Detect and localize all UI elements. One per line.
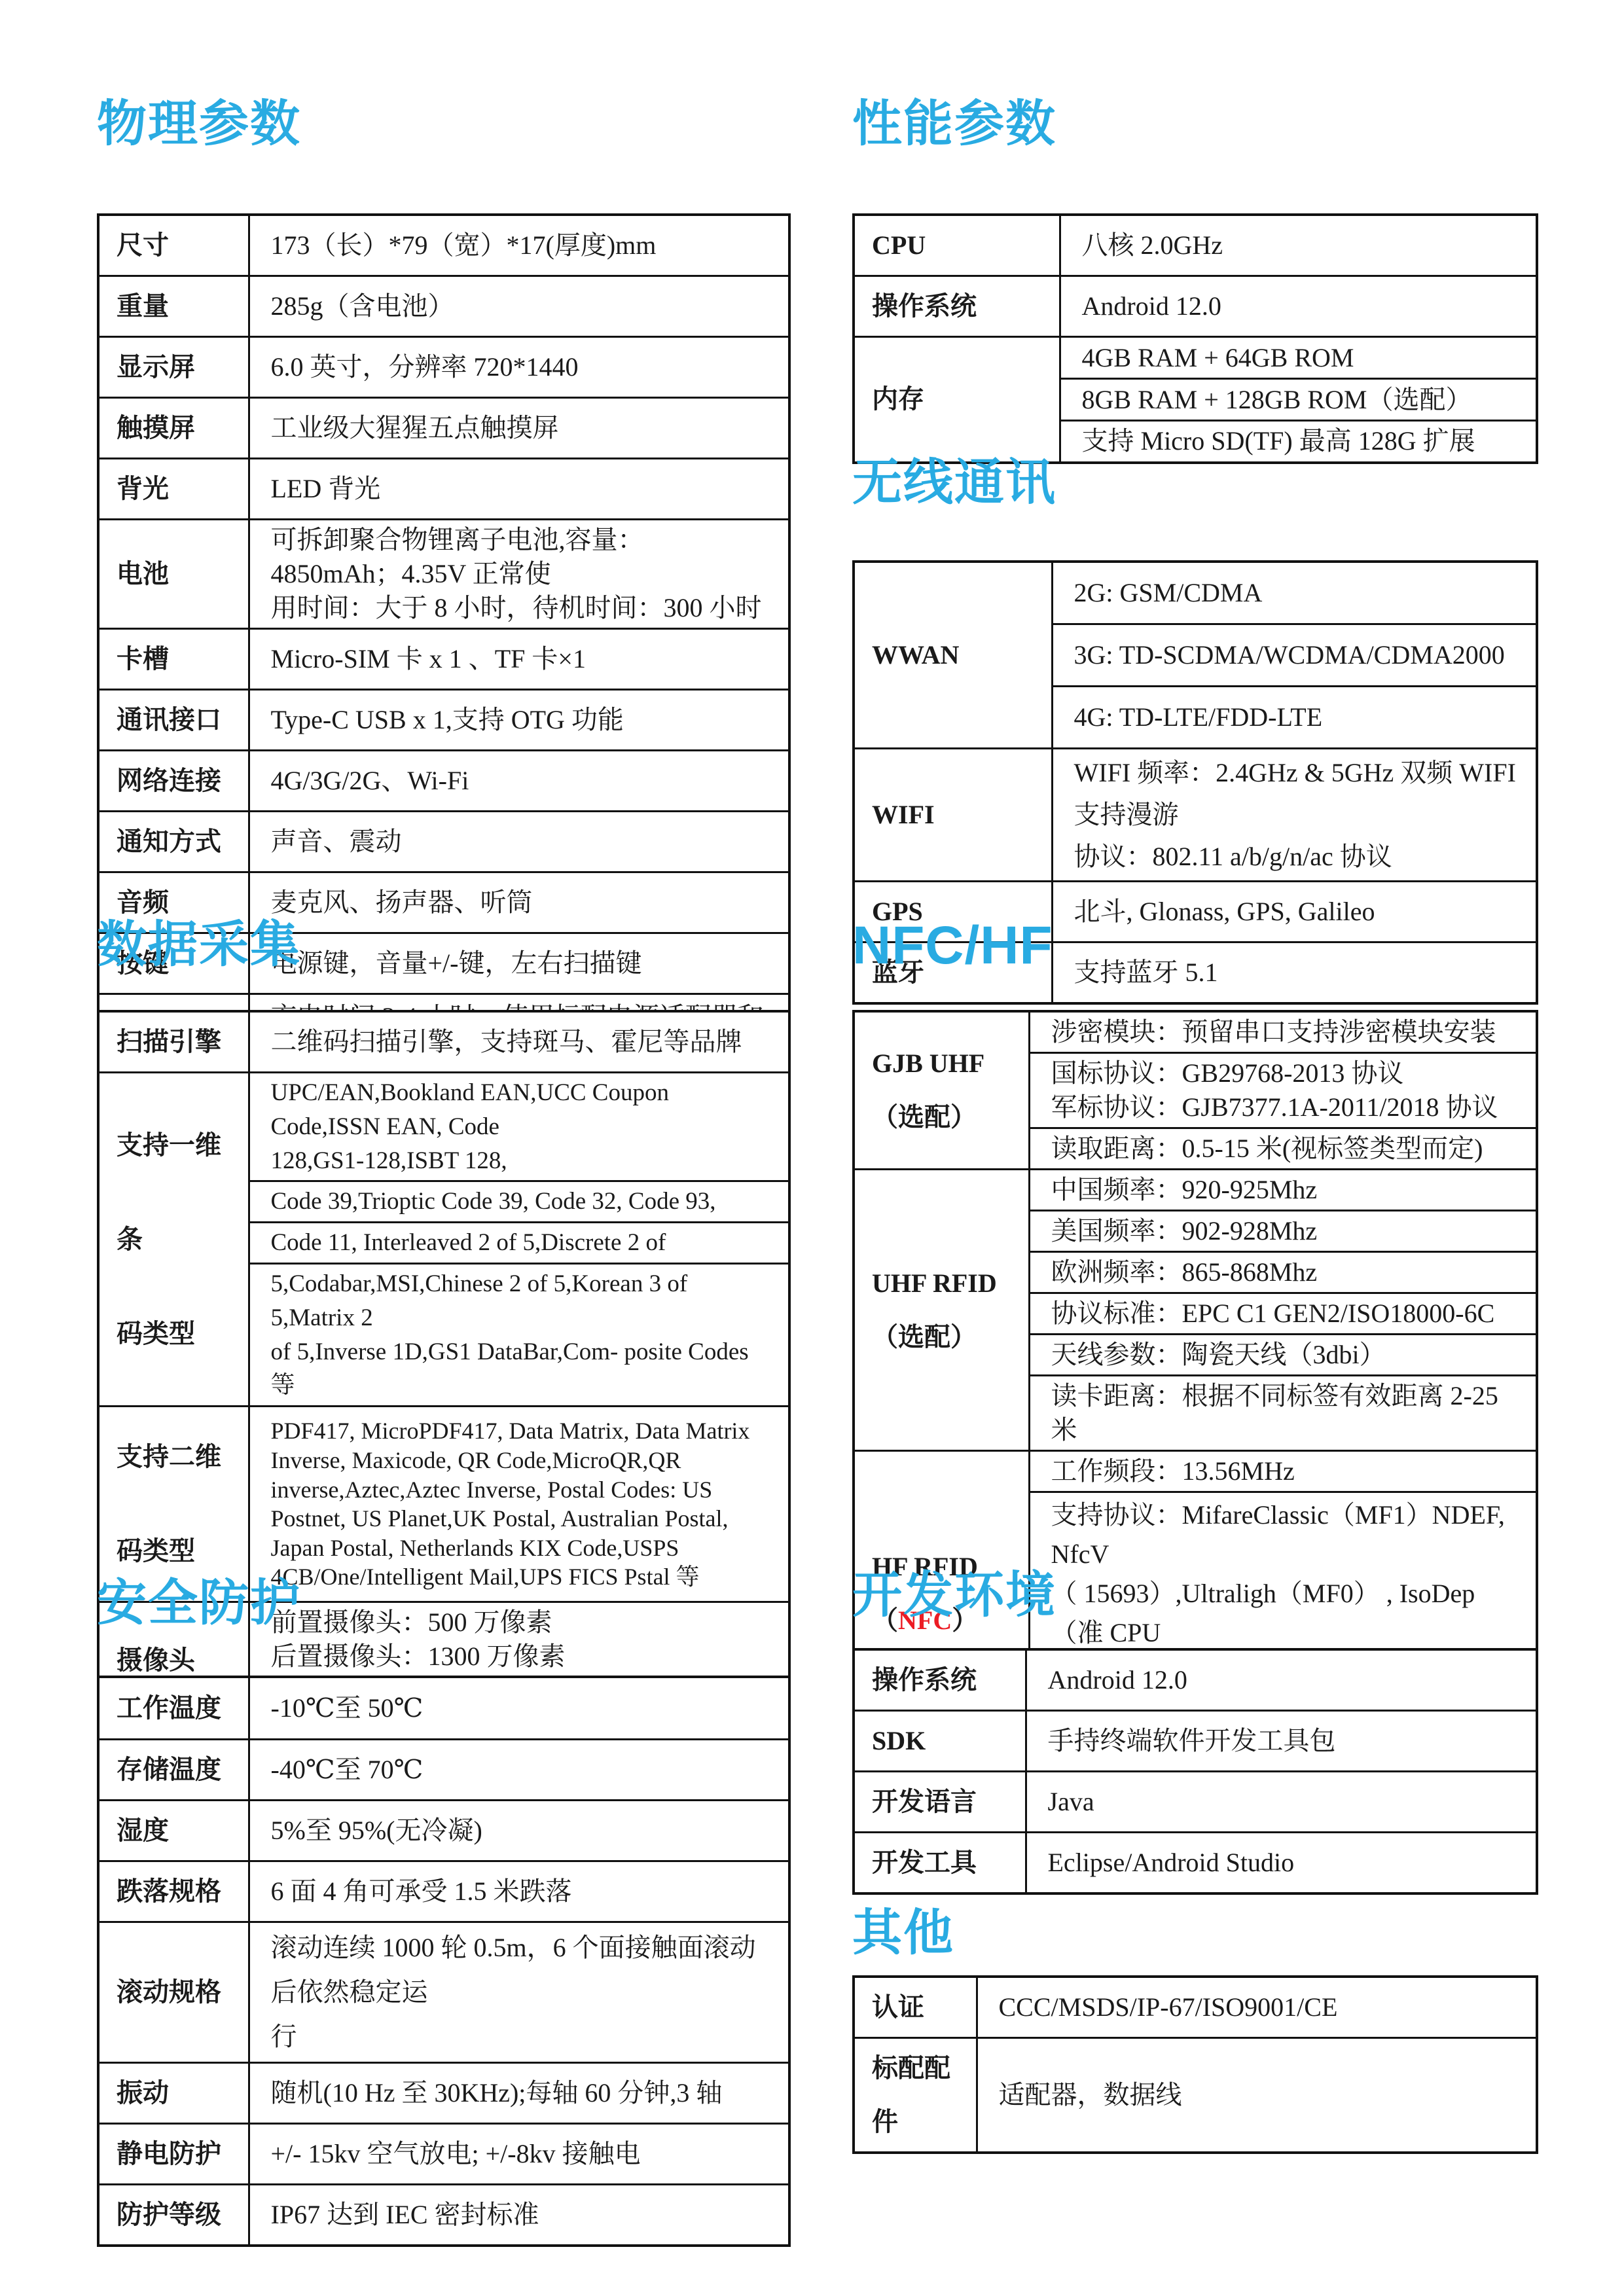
spec-label: 标配配件: [854, 2038, 977, 2153]
section-title-physical: 物理参数: [97, 97, 301, 152]
section-title-acquisition: 数据采集: [97, 918, 301, 973]
spec-value: 5%至 95%(无冷凝): [249, 1800, 789, 1861]
section-title-nfc: NFC/HF: [852, 916, 1053, 975]
section-title-safety: 安全防护: [97, 1576, 301, 1631]
spec-value: 滚动连续 1000 轮 0.5m，6 个面接触面滚动后依然稳定运 行: [249, 1922, 789, 2062]
table-row: 工作温度 -10℃至 50℃: [98, 1677, 789, 1739]
table-row: GJB UHF （选配） 涉密模块：预留串口支持涉密模块安装: [854, 1011, 1537, 1053]
table-row: HF RFID（NFC） 工作频段：13.56MHz: [854, 1451, 1537, 1492]
spec-value: Code 11, Interleaved 2 of 5,Discrete 2 o…: [249, 1223, 789, 1264]
table-row: 滚动规格 滚动连续 1000 轮 0.5m，6 个面接触面滚动后依然稳定运 行: [98, 1922, 789, 2062]
spec-label: WIFI: [854, 748, 1052, 881]
spec-label: GJB UHF （选配）: [854, 1011, 1029, 1170]
table-row: CPU 八核 2.0GHz: [854, 215, 1537, 276]
table-row: 操作系统 Android 12.0: [854, 1649, 1537, 1711]
spec-value: 285g（含电池）: [249, 276, 789, 337]
performance-table: CPU 八核 2.0GHz 操作系统 Android 12.0 内存 4GB R…: [852, 213, 1538, 464]
spec-value: Java: [1026, 1772, 1537, 1833]
spec-label: CPU: [854, 215, 1060, 276]
table-row: 认证 CCC/MSDS/IP-67/ISO9001/CE: [854, 1977, 1537, 2038]
section-title-wireless: 无线通讯: [852, 456, 1056, 511]
table-row: 标配配件 适配器，数据线: [854, 2038, 1537, 2153]
spec-value: IP67 达到 IEC 密封标准: [249, 2184, 789, 2246]
spec-value: 4G: TD-LTE/FDD-LTE: [1052, 686, 1537, 748]
nfc-table: GJB UHF （选配） 涉密模块：预留串口支持涉密模块安装 国标协议：GB29…: [852, 1010, 1538, 1738]
spec-value: 中国频率：920-925Mhz: [1029, 1170, 1537, 1211]
table-row: 卡槽 Micro-SIM 卡 x 1 、TF 卡×1: [98, 629, 789, 690]
spec-label: WWAN: [854, 562, 1052, 748]
spec-label: 网络连接: [98, 751, 249, 812]
spec-label: 开发工具: [854, 1833, 1026, 1894]
spec-value: 工业级大猩猩五点触摸屏: [249, 398, 789, 459]
spec-value: 国标协议：GB29768-2013 协议 军标协议：GJB7377.1A-201…: [1029, 1053, 1537, 1128]
table-row: 触摸屏 工业级大猩猩五点触摸屏: [98, 398, 789, 459]
table-row: 通知方式 声音、震动: [98, 812, 789, 872]
spec-label: 显示屏: [98, 337, 249, 398]
table-row: 开发语言 Java: [854, 1772, 1537, 1833]
spec-label: 支持一维条 码类型: [98, 1073, 249, 1407]
table-row: 显示屏 6.0 英寸，分辨率 720*1440: [98, 337, 789, 398]
spec-label: 通知方式: [98, 812, 249, 872]
spec-label: 卡槽: [98, 629, 249, 690]
table-row: 背光 LED 背光: [98, 459, 789, 520]
table-row: 支持二维 码类型 PDF417, MicroPDF417, Data Matri…: [98, 1407, 789, 1602]
other-table: 认证 CCC/MSDS/IP-67/ISO9001/CE 标配配件 适配器，数据…: [852, 1975, 1538, 2154]
spec-label: 认证: [854, 1977, 977, 2038]
table-row: WWAN 2G: GSM/CDMA: [854, 562, 1537, 624]
spec-label: 工作温度: [98, 1677, 249, 1739]
table-row: 电池 可拆卸聚合物锂离子电池,容量：4850mAh；4.35V 正常使 用时间：…: [98, 520, 789, 629]
spec-value: Android 12.0: [1026, 1649, 1537, 1711]
spec-value: UPC/EAN,Bookland EAN,UCC Coupon Code,ISS…: [249, 1073, 789, 1181]
spec-label: SDK: [854, 1711, 1026, 1772]
spec-label: 操作系统: [854, 276, 1060, 337]
spec-value: 173（长）*79（宽）*17(厚度)mm: [249, 215, 789, 276]
table-row: 网络连接 4G/3G/2G、Wi-Fi: [98, 751, 789, 812]
table-row: 重量 285g（含电池）: [98, 276, 789, 337]
spec-value: 支持 Micro SD(TF) 最高 128G 扩展: [1060, 421, 1537, 463]
table-row: 振动 随机(10 Hz 至 30KHz);每轴 60 分钟,3 轴: [98, 2062, 789, 2123]
spec-value: 4GB RAM + 64GB ROM: [1060, 337, 1537, 379]
spec-value: Eclipse/Android Studio: [1026, 1833, 1537, 1894]
spec-value: Code 39,Trioptic Code 39, Code 32, Code …: [249, 1181, 789, 1223]
spec-value: 美国频率：902-928Mhz: [1029, 1211, 1537, 1252]
table-row: UHF RFID （选配） 中国频率：920-925Mhz: [854, 1170, 1537, 1211]
spec-label: 背光: [98, 459, 249, 520]
performance-table-wrap: CPU 八核 2.0GHz 操作系统 Android 12.0 内存 4GB R…: [852, 213, 1538, 464]
table-row: 通讯接口 Type-C USB x 1,支持 OTG 功能: [98, 690, 789, 751]
table-row: 尺寸 173（长）*79（宽）*17(厚度)mm: [98, 215, 789, 276]
spec-label: 振动: [98, 2062, 249, 2123]
safety-table: 工作温度 -10℃至 50℃ 存储温度 -40℃至 70℃ 湿度 5%至 95%…: [97, 1676, 791, 2247]
spec-value: 北斗, Glonass, GPS, Galileo: [1052, 881, 1537, 942]
dev-table: 操作系统 Android 12.0 SDK 手持终端软件开发工具包 开发语言 J…: [852, 1648, 1538, 1895]
spec-value: +/- 15kv 空气放电; +/-8kv 接触电: [249, 2123, 789, 2184]
spec-value: 5,Codabar,MSI,Chinese 2 of 5,Korean 3 of…: [249, 1263, 789, 1406]
spec-label: 内存: [854, 337, 1060, 463]
spec-label: 防护等级: [98, 2184, 249, 2246]
table-row: WIFI WIFI 频率：2.4GHz & 5GHz 双频 WIFI 支持漫游 …: [854, 748, 1537, 881]
nfc-table-wrap: GJB UHF （选配） 涉密模块：预留串口支持涉密模块安装 国标协议：GB29…: [852, 1010, 1538, 1738]
table-row: 防护等级 IP67 达到 IEC 密封标准: [98, 2184, 789, 2246]
spec-label: 扫描引擎: [98, 1011, 249, 1073]
section-title-performance: 性能参数: [852, 97, 1056, 152]
spec-value: 工作频段：13.56MHz: [1029, 1451, 1537, 1492]
spec-value: 涉密模块：预留串口支持涉密模块安装: [1029, 1011, 1537, 1053]
spec-value: 6 面 4 角可承受 1.5 米跌落: [249, 1861, 789, 1922]
spec-value: PDF417, MicroPDF417, Data Matrix, Data M…: [249, 1407, 789, 1602]
spec-label: 触摸屏: [98, 398, 249, 459]
spec-value: 读取距离：0.5-15 米(视标签类型而定): [1029, 1128, 1537, 1170]
spec-value: 随机(10 Hz 至 30KHz);每轴 60 分钟,3 轴: [249, 2062, 789, 2123]
spec-value: 手持终端软件开发工具包: [1026, 1711, 1537, 1772]
spec-label: 滚动规格: [98, 1922, 249, 2062]
spec-value: 声音、震动: [249, 812, 789, 872]
spec-value: Type-C USB x 1,支持 OTG 功能: [249, 690, 789, 751]
spec-value: Android 12.0: [1060, 276, 1537, 337]
spec-label: 跌落规格: [98, 1861, 249, 1922]
spec-value: 前置摄像头：500 万像素 后置摄像头：1300 万像素: [249, 1602, 789, 1677]
spec-value: WIFI 频率：2.4GHz & 5GHz 双频 WIFI 支持漫游 协议：80…: [1052, 748, 1537, 881]
spec-label: 重量: [98, 276, 249, 337]
table-row: 开发工具 Eclipse/Android Studio: [854, 1833, 1537, 1894]
section-title-other: 其他: [852, 1906, 954, 1961]
spec-value: -10℃至 50℃: [249, 1677, 789, 1739]
spec-value: 天线参数：陶瓷天线（3dbi）: [1029, 1335, 1537, 1376]
section-title-dev: 开发环境: [852, 1568, 1056, 1623]
spec-label: 电池: [98, 520, 249, 629]
spec-value: 4G/3G/2G、Wi-Fi: [249, 751, 789, 812]
table-row: 内存 4GB RAM + 64GB ROM: [854, 337, 1537, 379]
table-row: 扫描引擎 二维码扫描引擎，支持斑马、霍尼等品牌: [98, 1011, 789, 1073]
dev-table-wrap: 操作系统 Android 12.0 SDK 手持终端软件开发工具包 开发语言 J…: [852, 1648, 1538, 1895]
spec-value: 适配器，数据线: [977, 2038, 1537, 2153]
spec-value: 协议标准：EPC C1 GEN2/ISO18000-6C: [1029, 1293, 1537, 1335]
spec-value: 3G: TD-SCDMA/WCDMA/CDMA2000: [1052, 624, 1537, 686]
spec-value: Micro-SIM 卡 x 1 、TF 卡×1: [249, 629, 789, 690]
spec-label: 湿度: [98, 1800, 249, 1861]
spec-label: 支持二维 码类型: [98, 1407, 249, 1602]
spec-label: 开发语言: [854, 1772, 1026, 1833]
spec-value: 6.0 英寸，分辨率 720*1440: [249, 337, 789, 398]
table-row: 静电防护 +/- 15kv 空气放电; +/-8kv 接触电: [98, 2123, 789, 2184]
spec-label: 尺寸: [98, 215, 249, 276]
other-table-wrap: 认证 CCC/MSDS/IP-67/ISO9001/CE 标配配件 适配器，数据…: [852, 1975, 1538, 2154]
spec-label: 存储温度: [98, 1739, 249, 1800]
table-row: 跌落规格 6 面 4 角可承受 1.5 米跌落: [98, 1861, 789, 1922]
spec-value: 二维码扫描引擎，支持斑马、霍尼等品牌: [249, 1011, 789, 1073]
spec-value: LED 背光: [249, 459, 789, 520]
table-row: 操作系统 Android 12.0: [854, 276, 1537, 337]
spec-value: 读卡距离：根据不同标签有效距离 2-25 米: [1029, 1376, 1537, 1451]
spec-label: 操作系统: [854, 1649, 1026, 1711]
spec-value: 电源键，音量+/-键，左右扫描键: [249, 933, 789, 994]
spec-value: 8GB RAM + 128GB ROM（选配）: [1060, 379, 1537, 421]
spec-value: 麦克风、扬声器、听筒: [249, 872, 789, 933]
spec-value: -40℃至 70℃: [249, 1739, 789, 1800]
spec-value: 支持蓝牙 5.1: [1052, 942, 1537, 1003]
spec-value: 可拆卸聚合物锂离子电池,容量：4850mAh；4.35V 正常使 用时间：大于 …: [249, 520, 789, 629]
spec-value: 八核 2.0GHz: [1060, 215, 1537, 276]
spec-value: 欧洲频率：865-868Mhz: [1029, 1252, 1537, 1293]
table-row: 湿度 5%至 95%(无冷凝): [98, 1800, 789, 1861]
table-row: SDK 手持终端软件开发工具包: [854, 1711, 1537, 1772]
table-row: 支持一维条 码类型 UPC/EAN,Bookland EAN,UCC Coupo…: [98, 1073, 789, 1181]
safety-table-wrap: 工作温度 -10℃至 50℃ 存储温度 -40℃至 70℃ 湿度 5%至 95%…: [97, 1676, 791, 2247]
spec-value: 2G: GSM/CDMA: [1052, 562, 1537, 624]
spec-sheet-page: { "theme": { "accent": "#29ABE2", "nfc_r…: [0, 0, 1624, 2296]
table-row: 存储温度 -40℃至 70℃: [98, 1739, 789, 1800]
spec-label: UHF RFID （选配）: [854, 1170, 1029, 1451]
spec-value: CCC/MSDS/IP-67/ISO9001/CE: [977, 1977, 1537, 2038]
spec-label: 通讯接口: [98, 690, 249, 751]
spec-label: 静电防护: [98, 2123, 249, 2184]
